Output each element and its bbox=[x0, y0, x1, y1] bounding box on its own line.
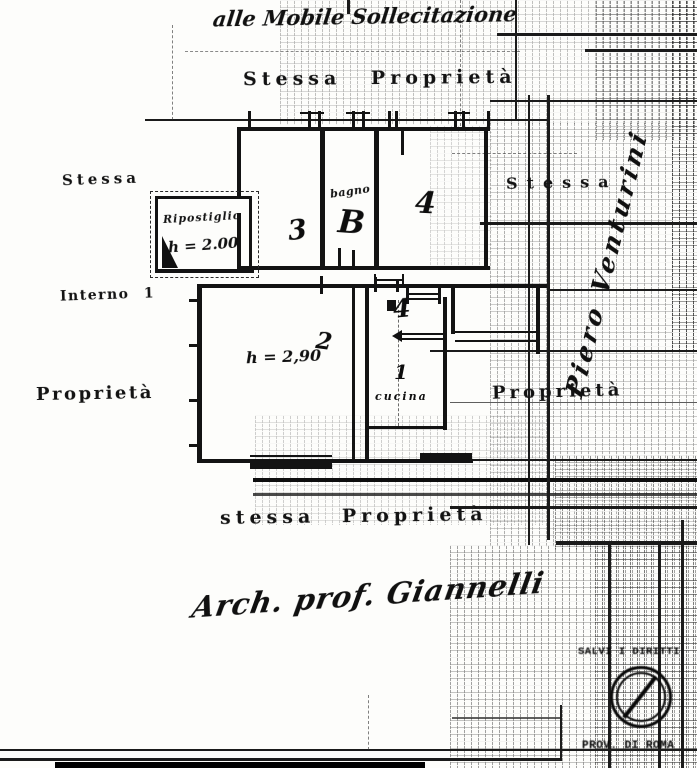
window-sill bbox=[420, 453, 472, 459]
dashed-line bbox=[172, 25, 173, 120]
scan-line bbox=[450, 402, 697, 403]
wall-top bbox=[197, 284, 547, 288]
property-line bbox=[528, 95, 530, 545]
stessa-right-label: Stessa bbox=[506, 172, 618, 193]
wall-tick bbox=[318, 111, 321, 131]
stamp-seal-icon bbox=[610, 666, 672, 728]
stamp-bottom-text: PROV. DI ROMA bbox=[582, 740, 674, 752]
dashed-line bbox=[185, 51, 520, 52]
wall-tick bbox=[388, 111, 391, 131]
border-line bbox=[0, 758, 562, 761]
window-mark bbox=[448, 112, 470, 114]
wall-bottom bbox=[197, 459, 473, 463]
dimension-tick bbox=[444, 327, 447, 341]
graph-grid-texture bbox=[672, 0, 697, 350]
wall-nub bbox=[189, 344, 197, 347]
dashed-line bbox=[368, 695, 369, 750]
wall-nub bbox=[189, 444, 197, 447]
side-vertical-handwriting: Piero Venturini bbox=[560, 124, 653, 402]
dimension-tick bbox=[338, 248, 341, 270]
wall-stub bbox=[401, 131, 404, 155]
wall-partition bbox=[320, 131, 325, 268]
proprieta-left-label: Proprietà bbox=[36, 382, 154, 405]
scan-line bbox=[497, 33, 697, 36]
graph-grid-texture bbox=[596, 0, 697, 140]
top-stessa-proprieta-label: Stessa Proprietà bbox=[243, 66, 517, 90]
window-sill bbox=[250, 455, 332, 457]
wall-nub bbox=[189, 299, 197, 302]
window-mark bbox=[300, 112, 324, 114]
wall-tick bbox=[454, 111, 457, 131]
wall-partition bbox=[365, 288, 369, 460]
bagno-label: bagno bbox=[329, 182, 371, 200]
graph-grid-texture bbox=[430, 125, 492, 270]
room-4-number: 4 bbox=[414, 185, 437, 221]
dimension-line bbox=[455, 340, 537, 342]
cucina-label: cucina bbox=[375, 390, 428, 403]
wall-partition bbox=[374, 131, 379, 268]
room-2-height-note: h = 2,90 bbox=[246, 346, 322, 368]
scan-line bbox=[547, 289, 697, 291]
arrow-head bbox=[392, 330, 402, 342]
dimension-tick bbox=[352, 266, 363, 269]
wall-tick bbox=[462, 111, 465, 131]
wall-top bbox=[155, 196, 252, 199]
dark-band bbox=[556, 541, 697, 545]
wall-tick bbox=[362, 111, 365, 131]
scan-line bbox=[480, 222, 697, 225]
wall-bottom bbox=[237, 266, 490, 270]
wall-tick bbox=[308, 111, 311, 131]
scan-line bbox=[452, 717, 562, 719]
cucina-number: 1 bbox=[394, 360, 408, 384]
wall-right bbox=[249, 196, 252, 273]
scan-line bbox=[430, 350, 697, 352]
wall-segment bbox=[536, 288, 540, 354]
wall-partition bbox=[352, 288, 355, 460]
wall-left bbox=[197, 284, 202, 462]
scanned-floor-plan-sheet: Ripostiglio h = 2.00 3 bagno B 4 2 h = 2… bbox=[0, 0, 697, 768]
wall-tick bbox=[438, 288, 441, 304]
scan-line bbox=[490, 100, 697, 102]
wall-left bbox=[237, 127, 241, 199]
dark-band bbox=[253, 478, 697, 482]
ink-blob bbox=[387, 300, 396, 311]
door-line bbox=[402, 333, 444, 335]
bottom-black-bar bbox=[55, 762, 425, 768]
stessa-left-label: Stessa bbox=[62, 169, 141, 190]
wall-bottom bbox=[365, 426, 446, 429]
dark-band bbox=[253, 493, 697, 496]
window-mark bbox=[346, 112, 370, 114]
wall-tick bbox=[395, 111, 398, 131]
dimension-line bbox=[408, 298, 438, 300]
wall-segment bbox=[451, 288, 455, 334]
bottom-stessa-proprieta-label: stessa Proprietà bbox=[220, 503, 488, 529]
scan-line bbox=[470, 459, 697, 461]
dimension-line bbox=[408, 293, 438, 295]
door-line bbox=[402, 338, 444, 340]
scan-line bbox=[585, 49, 697, 52]
wall-tick bbox=[352, 111, 355, 131]
room-3-number: 3 bbox=[286, 214, 308, 247]
wall-tick bbox=[248, 111, 251, 131]
wall-right bbox=[484, 129, 488, 270]
dashed-line bbox=[452, 153, 577, 154]
scan-line bbox=[560, 705, 562, 760]
wall-left bbox=[155, 196, 158, 273]
wall-partition bbox=[443, 297, 447, 430]
signature-handwriting: Arch. prof. Giannelli bbox=[189, 565, 547, 624]
graph-grid-texture bbox=[555, 455, 697, 550]
window-sill bbox=[250, 462, 332, 469]
wall-nub bbox=[189, 399, 197, 402]
stamp-top-text: SALVI I DIRITTI bbox=[578, 646, 680, 658]
dimension-line bbox=[455, 331, 537, 333]
dimension-line bbox=[376, 279, 402, 281]
top-handwritten-note: alle Mobile Sollecitazione bbox=[211, 1, 518, 31]
wall-bottom bbox=[155, 269, 254, 273]
wall-tick bbox=[487, 111, 490, 131]
proprieta-right-label: Proprietà bbox=[492, 379, 624, 403]
bagno-mark: B bbox=[337, 202, 367, 242]
interno-label: Interno 1 bbox=[60, 285, 156, 304]
property-line bbox=[547, 95, 550, 540]
revenue-stamp: SALVI I DIRITTI PROV. DI ROMA bbox=[576, 644, 697, 756]
